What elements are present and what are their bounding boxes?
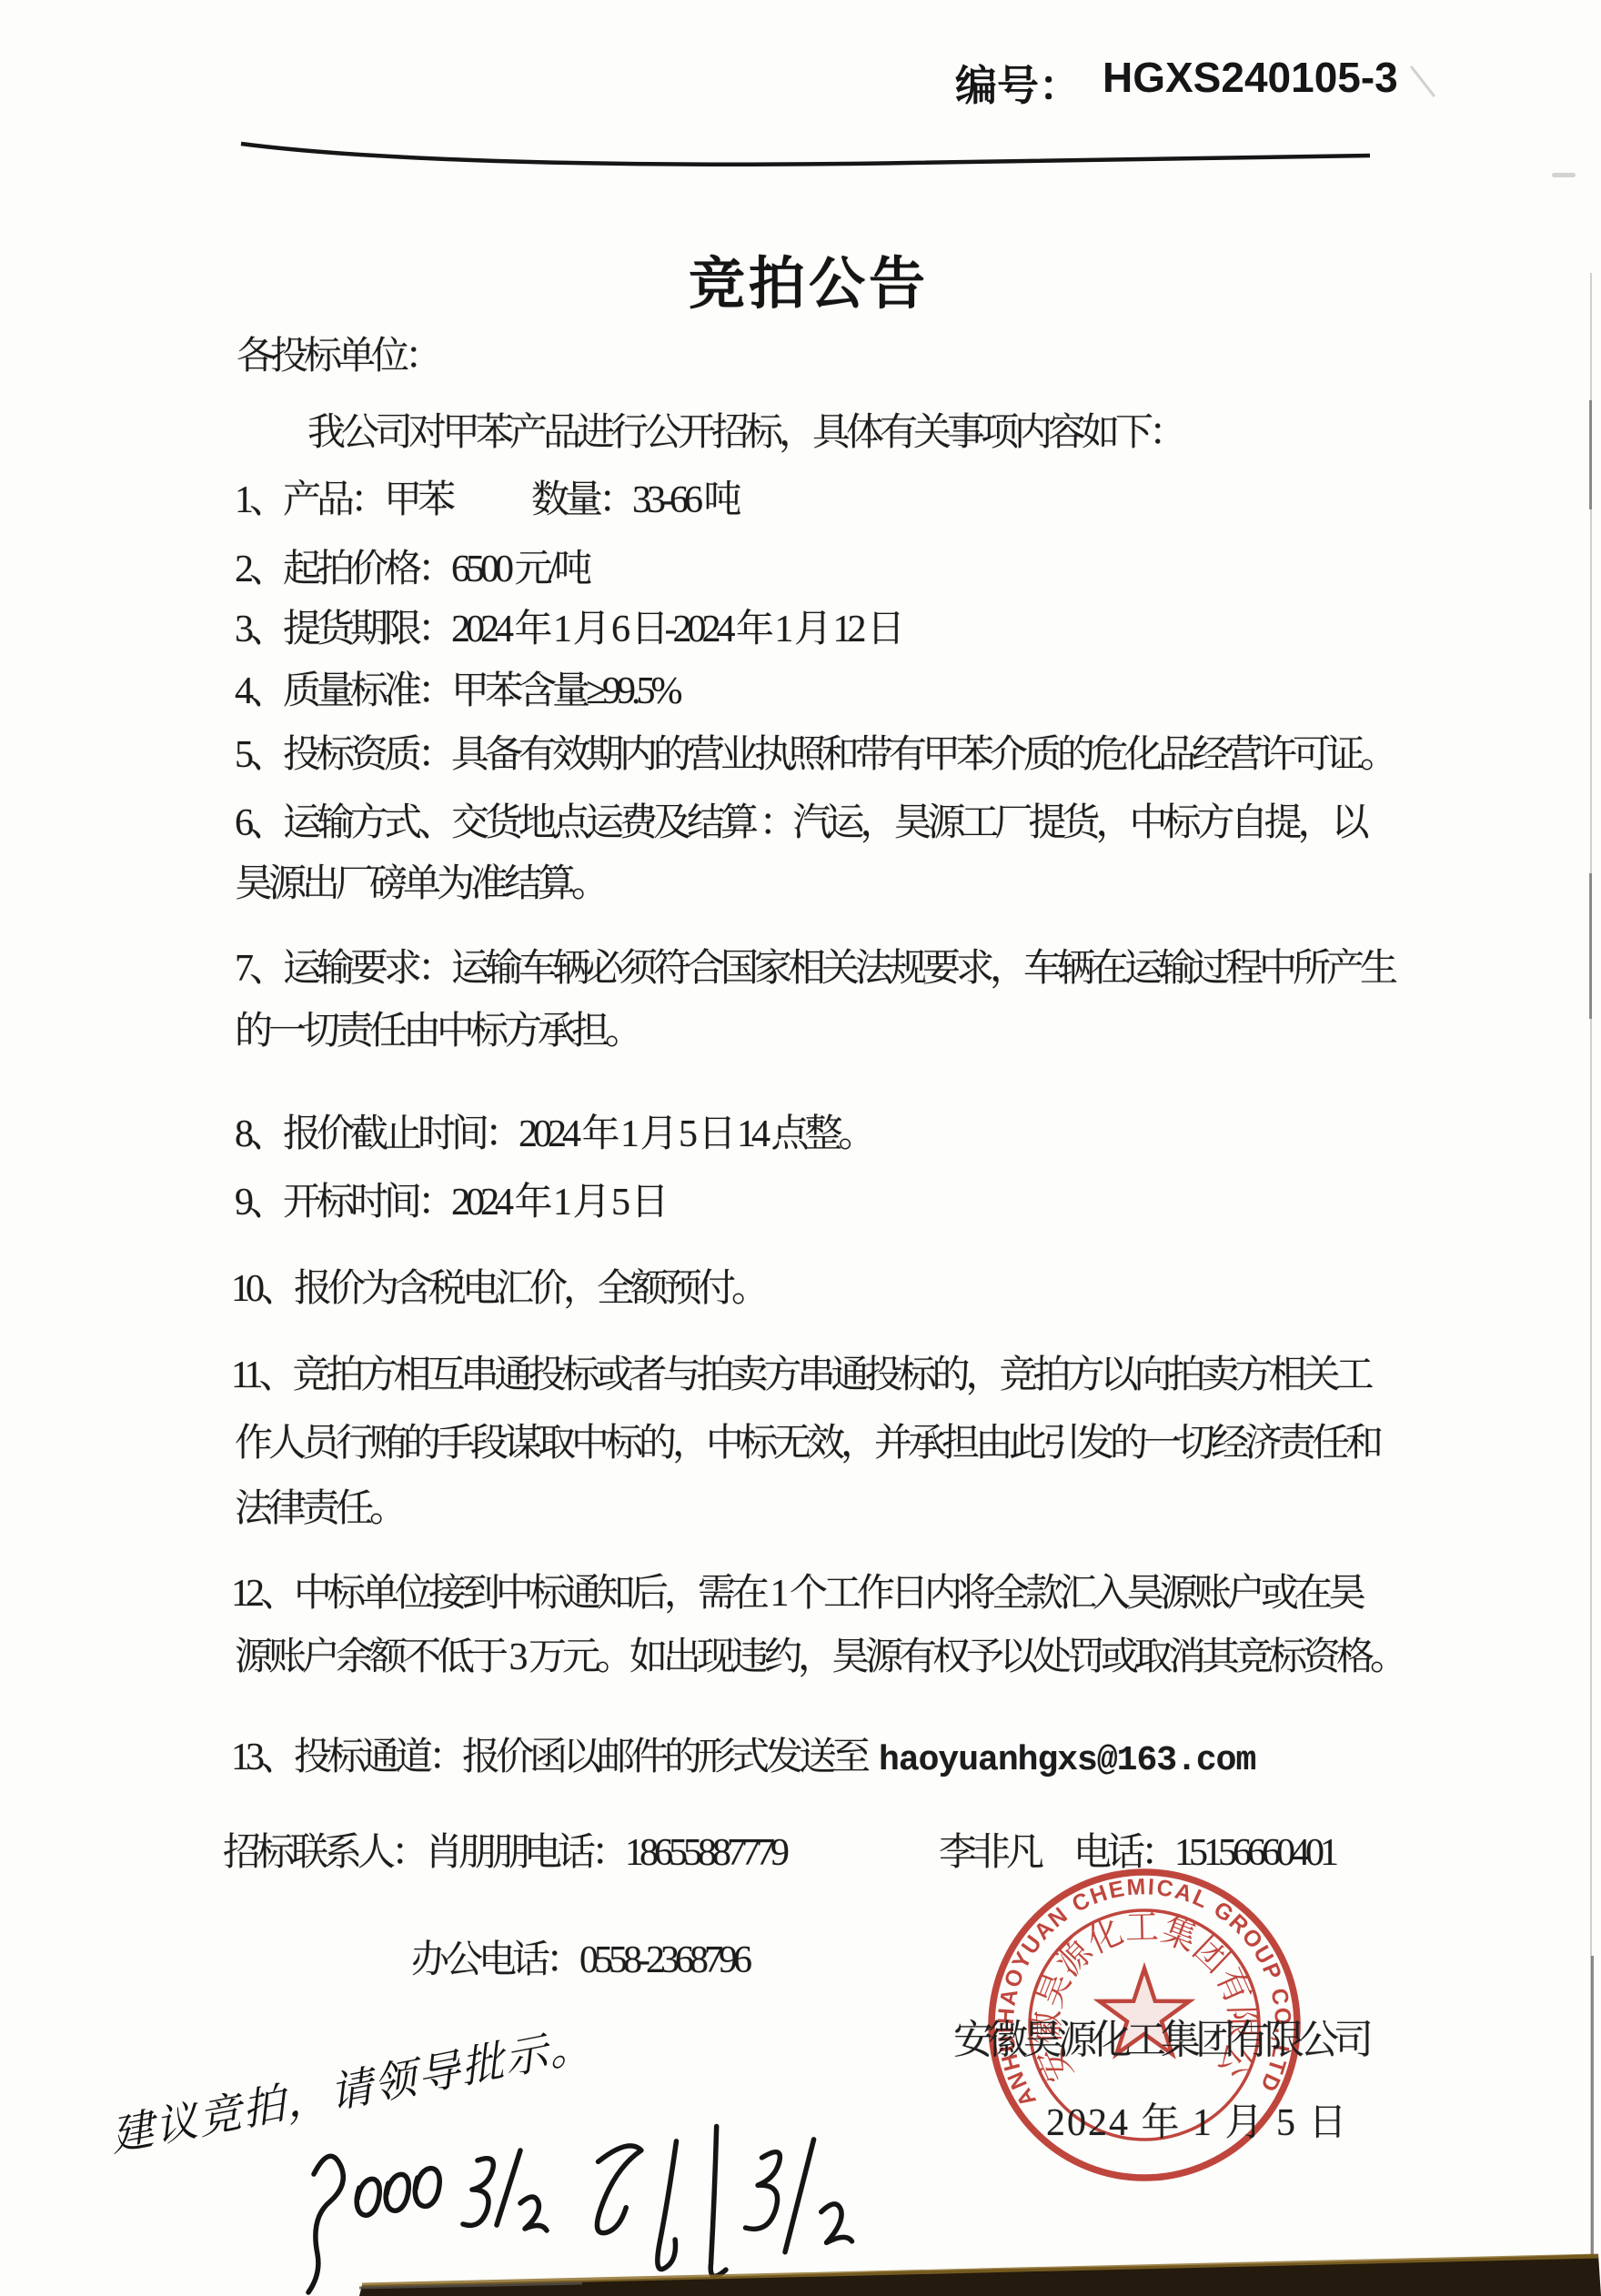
office-phone: 办公电话：0558-2368796: [411, 1929, 748, 1984]
item-1-line: 1、产品：甲苯数量：33-66 吨: [235, 469, 738, 524]
body-line-11b: 作人员行贿的手段谋取中标的，中标无效，并承担由此引发的一切经济责任和: [235, 1413, 1379, 1467]
issuer-company-name: 安徽昊源化工集团有限公司: [953, 2007, 1368, 2065]
header-rule: [0, 0, 1601, 200]
body-line-7a: 7、运输要求：运输车辆必须符合国家相关法规要求，车辆在运输过程中所产生: [235, 938, 1394, 992]
scan-edge-dash-2: [1589, 873, 1592, 1019]
salutation: 各投标单位：: [237, 326, 438, 380]
scan-edge-dash-3: [1591, 1956, 1594, 2256]
bid-channel-text: 13、投标通道：报价函以邮件的形式发送至: [231, 1737, 866, 1778]
scan-smudge: [1552, 173, 1576, 177]
scanned-auction-notice-page: 编号： HGXS240105-3 竞拍公告 各投标单位： 我公司对甲苯产品进行公…: [0, 0, 1601, 2296]
bid-email: haoyuanhgxs@163.com: [866, 1741, 1255, 1780]
body-line-2: 2、起拍价格：6500 元/吨: [235, 539, 588, 593]
issue-date: 2024 年 1 月 5 日: [1046, 2092, 1349, 2147]
intro-line: 我公司对甲苯产品进行公开招标，具体有关事项内容如下：: [307, 402, 1183, 457]
body-line-6a: 6、运输方式、交货地点运费及结算 ：汽运，昊源工厂提货，中标方自提，以: [235, 792, 1365, 847]
body-line-10: 10、报价为含税电汇价，全额预付。: [231, 1258, 765, 1313]
scan-edge-bottom: [0, 2220, 1601, 2296]
body-line-5: 5、投标资质：具备有效期内的营业执照和带有甲苯介质的危化品经营许可证。: [235, 724, 1394, 779]
body-line-9: 9、开标时间：2024 年 1 月 5 日: [235, 1172, 665, 1226]
item-1-product: 1、产品：甲苯: [235, 479, 451, 521]
item-1-quantity: 数量：33-66 吨: [531, 479, 738, 521]
body-line-11a: 11、竞拍方相互串通投标或者与拍卖方串通投标的，竞拍方以向拍卖方相关工: [231, 1344, 1369, 1399]
body-line-4: 4、质量标准：甲苯含量≥99.5%: [235, 660, 679, 715]
body-line-3: 3、提货期限：2024 年 1 月 6 日-2024 年 1 月 12 日: [235, 599, 901, 653]
body-line-13: 13、投标通道：报价函以邮件的形式发送至haoyuanhgxs@163.com: [231, 1727, 1255, 1781]
body-line-8: 8、报价截止时间：2024 年 1 月 5 日 14 点整。: [235, 1103, 872, 1158]
body-line-12b: 源账户余额不低于 3 万元。如出现违约，昊源有权予以处罚或取消其竞标资格。: [235, 1626, 1404, 1681]
body-line-12a: 12、中标单位接到中标通知后，需在 1 个工作日内将全款汇入昊源账户或在昊: [231, 1563, 1362, 1617]
contact-person-1: 招标联系人：肖朋朋: [223, 1822, 526, 1877]
body-line-7b: 的一切责任由中标方承担。: [235, 1001, 639, 1055]
body-line-11c: 法律责任。: [235, 1478, 403, 1533]
contact-phone-1: 电话：18655887779: [524, 1822, 785, 1877]
scan-edge-dash-1: [1589, 400, 1592, 509]
body-line-6b: 昊源出厂磅单为准结算。: [235, 853, 605, 908]
page-title: 竞拍公告: [572, 238, 1045, 319]
